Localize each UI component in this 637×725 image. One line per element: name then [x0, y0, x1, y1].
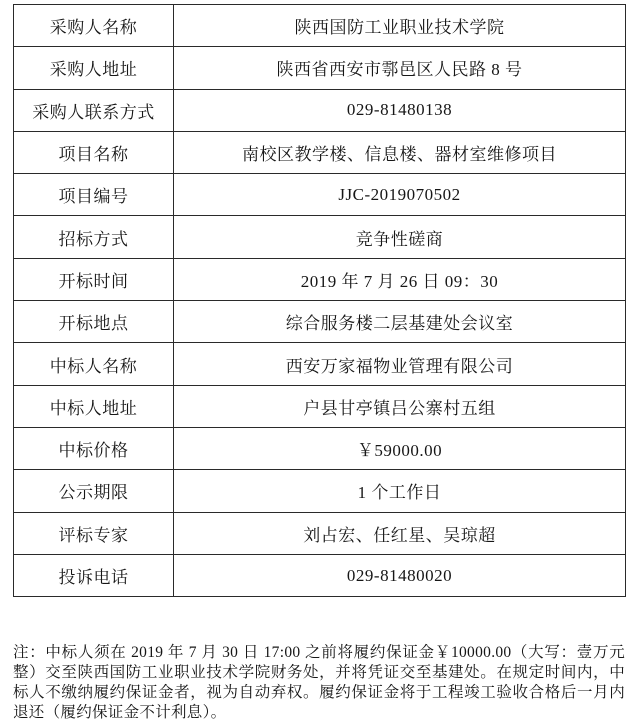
- row-value: 南校区教学楼、信息楼、器材室维修项目: [174, 131, 626, 173]
- row-label: 采购人联系方式: [14, 89, 174, 131]
- row-value: 029-81480138: [174, 89, 626, 131]
- row-label: 投诉电话: [14, 554, 174, 596]
- row-value: ￥59000.00: [174, 427, 626, 469]
- row-label: 项目编号: [14, 174, 174, 216]
- procurement-result-table: 采购人名称 陕西国防工业职业技术学院 采购人地址 陕西省西安市鄠邑区人民路 8 …: [13, 4, 626, 597]
- table-row: 投诉电话 029-81480020: [14, 554, 626, 596]
- row-label: 招标方式: [14, 216, 174, 258]
- footnote: 注：中标人须在 2019 年 7 月 30 日 17:00 之前将履约保证金￥1…: [13, 643, 625, 723]
- row-label: 评标专家: [14, 512, 174, 554]
- table-row: 采购人地址 陕西省西安市鄠邑区人民路 8 号: [14, 47, 626, 89]
- table-row: 中标价格 ￥59000.00: [14, 427, 626, 469]
- table-row: 开标地点 综合服务楼二层基建处会议室: [14, 301, 626, 343]
- row-value: 1 个工作日: [174, 470, 626, 512]
- table-row: 招标方式 竞争性磋商: [14, 216, 626, 258]
- row-value: 029-81480020: [174, 554, 626, 596]
- row-value: 综合服务楼二层基建处会议室: [174, 301, 626, 343]
- table-row: 项目编号 JJC-2019070502: [14, 174, 626, 216]
- row-value: 竞争性磋商: [174, 216, 626, 258]
- table-row: 开标时间 2019 年 7 月 26 日 09：30: [14, 258, 626, 300]
- row-label: 开标时间: [14, 258, 174, 300]
- row-value: 2019 年 7 月 26 日 09：30: [174, 258, 626, 300]
- row-label: 中标价格: [14, 427, 174, 469]
- table-row: 评标专家 刘占宏、任红星、吴琼超: [14, 512, 626, 554]
- table-row: 采购人联系方式 029-81480138: [14, 89, 626, 131]
- table-row: 中标人名称 西安万家福物业管理有限公司: [14, 343, 626, 385]
- table-row: 项目名称 南校区教学楼、信息楼、器材室维修项目: [14, 131, 626, 173]
- row-label: 公示期限: [14, 470, 174, 512]
- table-row: 公示期限 1 个工作日: [14, 470, 626, 512]
- row-value: JJC-2019070502: [174, 174, 626, 216]
- row-value: 西安万家福物业管理有限公司: [174, 343, 626, 385]
- row-label: 中标人地址: [14, 385, 174, 427]
- row-value: 陕西省西安市鄠邑区人民路 8 号: [174, 47, 626, 89]
- row-label: 开标地点: [14, 301, 174, 343]
- row-label: 采购人地址: [14, 47, 174, 89]
- table-row: 采购人名称 陕西国防工业职业技术学院: [14, 5, 626, 47]
- row-label: 中标人名称: [14, 343, 174, 385]
- row-label: 项目名称: [14, 131, 174, 173]
- row-value: 陕西国防工业职业技术学院: [174, 5, 626, 47]
- document-page: 采购人名称 陕西国防工业职业技术学院 采购人地址 陕西省西安市鄠邑区人民路 8 …: [0, 0, 637, 725]
- row-label: 采购人名称: [14, 5, 174, 47]
- table-row: 中标人地址 户县甘亭镇吕公寨村五组: [14, 385, 626, 427]
- row-value: 户县甘亭镇吕公寨村五组: [174, 385, 626, 427]
- row-value: 刘占宏、任红星、吴琼超: [174, 512, 626, 554]
